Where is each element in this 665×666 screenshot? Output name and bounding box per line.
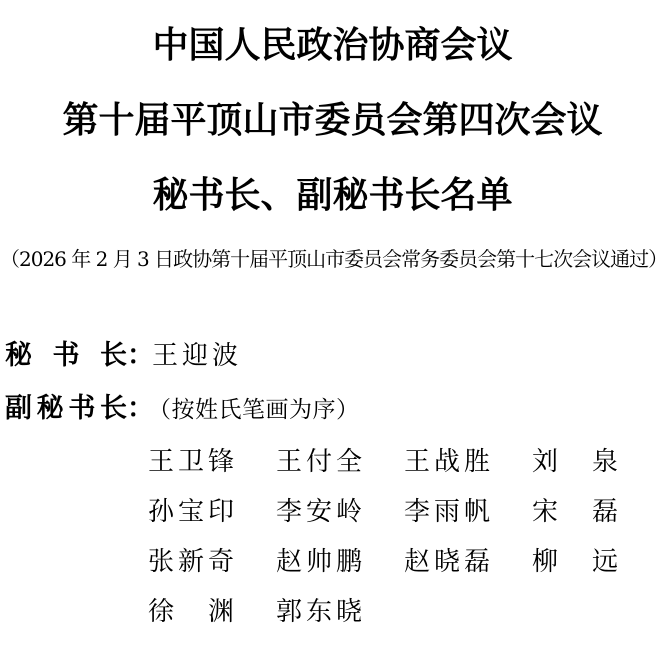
document-title-line-1: 中国人民政治协商会议 <box>0 26 665 64</box>
deputy-name: 孙宝印 <box>148 498 234 526</box>
deputy-name: 柳远 <box>532 548 618 576</box>
deputy-secretaries-label: 副秘书长 <box>5 394 127 424</box>
deputy-name: 赵晓磊 <box>404 548 490 576</box>
deputy-name: 宋磊 <box>532 498 618 526</box>
deputy-name: 王战胜 <box>404 448 490 476</box>
secretary-general-colon: ： <box>127 340 154 371</box>
deputy-name: 王付全 <box>276 448 362 476</box>
secretary-general-row: 秘书长：王迎波 <box>5 341 238 371</box>
deputy-sort-note: （按姓氏笔画为序） <box>148 395 360 425</box>
deputy-names-grid: 王卫锋王付全王战胜刘泉孙宝印李安岭李雨帆宋磊张新奇赵帅鹏赵晓磊柳远徐渊郭东晓 <box>148 448 618 648</box>
document-title-line-2: 第十届平顶山市委员会第四次会议 <box>0 101 665 139</box>
deputy-name: 李雨帆 <box>404 498 490 526</box>
deputy-name: 徐渊 <box>148 598 234 626</box>
secretary-general-label: 秘书长 <box>5 341 127 371</box>
deputy-secretaries-row: 副秘书长：（按姓氏笔画为序） <box>5 394 360 425</box>
deputy-name: 刘泉 <box>532 448 618 476</box>
secretary-general-name: 王迎波 <box>152 341 238 371</box>
deputy-name: 李安岭 <box>276 498 362 526</box>
deputy-name: 郭东晓 <box>276 598 362 626</box>
document-page: 中国人民政治协商会议 第十届平顶山市委员会第四次会议 秘书长、副秘书长名单 （2… <box>0 0 665 666</box>
deputy-name: 赵帅鹏 <box>276 548 362 576</box>
deputy-name: 王卫锋 <box>148 448 234 476</box>
document-title-line-3: 秘书长、副秘书长名单 <box>0 176 665 214</box>
deputy-name: 张新奇 <box>148 548 234 576</box>
approval-note: （2026 年 2 月 3 日政协第十届平顶山市委员会常务委员会第十七次会议通过… <box>0 246 665 272</box>
